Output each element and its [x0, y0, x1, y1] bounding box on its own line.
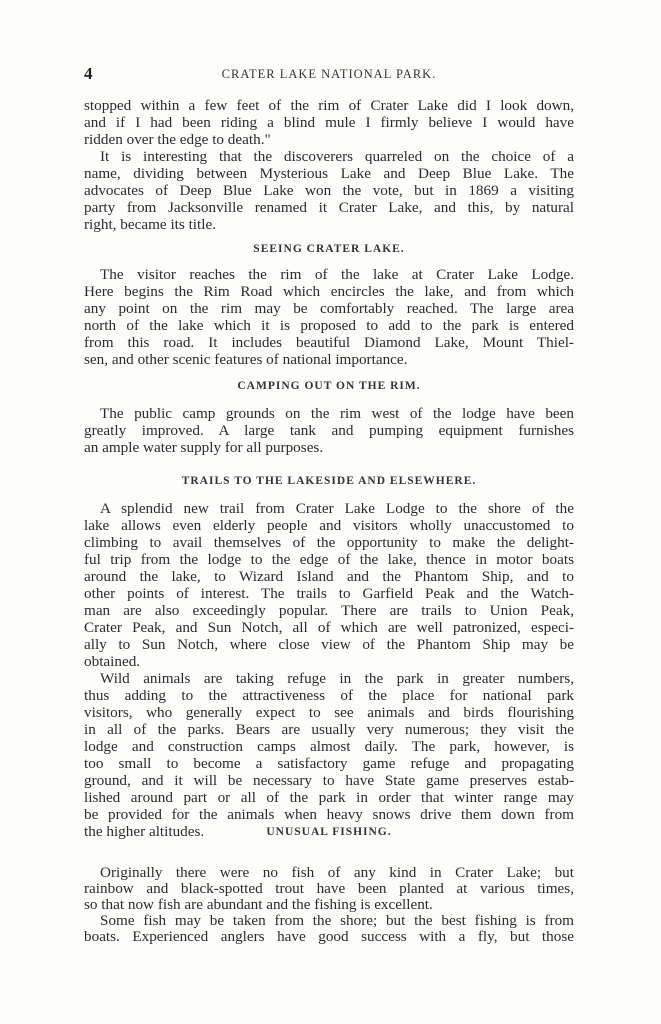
text-line: greatly improved. A large tank and pumpi…: [84, 422, 574, 439]
section-heading: CAMPING OUT ON THE RIM.: [84, 380, 574, 392]
section-heading: TRAILS TO THE LAKESIDE AND ELSEWHERE.: [84, 475, 574, 487]
text-line: and if I had been riding a blind mule I …: [84, 114, 574, 131]
text-line: boats. Experienced anglers have good suc…: [84, 928, 574, 945]
text-line: lodge and construction camps almost dail…: [84, 738, 574, 755]
section-heading: UNUSUAL FISHING.: [84, 826, 574, 838]
text-line: ally to Sun Notch, where close view of t…: [84, 636, 574, 653]
document-page: 4 CRATER LAKE NATIONAL PARK. stopped wit…: [0, 0, 661, 1024]
section-heading: SEEING CRATER LAKE.: [84, 243, 574, 255]
text-line: A splendid new trail from Crater Lake Lo…: [100, 500, 574, 517]
text-line: thus adding to the attractiveness of the…: [84, 687, 574, 704]
text-line: Wild animals are taking refuge in the pa…: [100, 670, 574, 687]
text-line: right, became its title.: [84, 216, 574, 233]
text-line: The visitor reaches the rim of the lake …: [100, 266, 574, 283]
text-line: advocates of Deep Blue Lake won the vote…: [84, 182, 574, 199]
text-line: stopped within a few feet of the rim of …: [84, 97, 574, 114]
text-line: obtained.: [84, 653, 574, 670]
text-line: name, dividing between Mysterious Lake a…: [84, 165, 574, 182]
text-line: from this road. It includes beautiful Di…: [84, 334, 574, 351]
text-line: It is interesting that the discoverers q…: [100, 148, 574, 165]
text-line: ground, and it will be necessary to have…: [84, 772, 574, 789]
text-line: The public camp grounds on the rim west …: [100, 405, 574, 422]
text-line: man are also exceedingly popular. There …: [84, 602, 574, 619]
text-line: sen, and other scenic features of nation…: [84, 351, 574, 368]
text-line: so that now fish are abundant and the fi…: [84, 896, 574, 913]
text-line: too small to become a satisfactory game …: [84, 755, 574, 772]
text-line: any point on the rim may be comfortably …: [84, 300, 574, 317]
text-line: Some fish may be taken from the shore; b…: [100, 912, 574, 929]
text-line: north of the lake which it is proposed t…: [84, 317, 574, 334]
text-line: lished around part or all of the park in…: [84, 789, 574, 806]
running-title: CRATER LAKE NATIONAL PARK.: [84, 67, 574, 82]
text-line: rainbow and black-spotted trout have bee…: [84, 880, 574, 897]
text-line: party from Jacksonville renamed it Crate…: [84, 199, 574, 216]
text-line: Originally there were no fish of any kin…: [100, 864, 574, 881]
text-line: be provided for the animals when heavy s…: [84, 806, 574, 823]
text-line: Here begins the Rim Road which encircles…: [84, 283, 574, 300]
text-line: lake allows even elderly people and visi…: [84, 517, 574, 534]
text-line: visitors, who generally expect to see an…: [84, 704, 574, 721]
text-line: Crater Peak, and Sun Notch, all of which…: [84, 619, 574, 636]
text-line: around the lake, to Wizard Island and th…: [84, 568, 574, 585]
text-line: ridden over the edge to death.": [84, 131, 574, 148]
running-head: 4 CRATER LAKE NATIONAL PARK.: [84, 64, 574, 84]
text-line: climbing to avail themselves of the oppo…: [84, 534, 574, 551]
text-line: in all of the parks. Bears are usually v…: [84, 721, 574, 738]
text-line: ful trip from the lodge to the edge of t…: [84, 551, 574, 568]
text-line: other points of interest. The trails to …: [84, 585, 574, 602]
text-line: an ample water supply for all purposes.: [84, 439, 574, 456]
